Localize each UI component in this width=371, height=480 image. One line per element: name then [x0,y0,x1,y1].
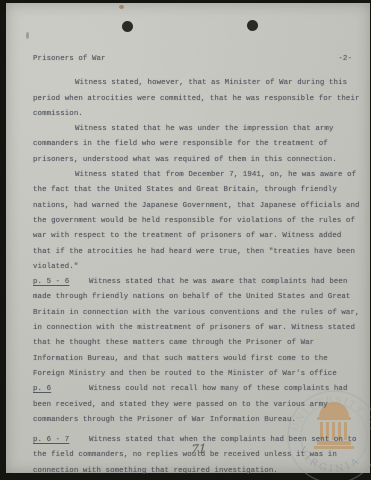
document-header: Prisoners of War -2- [33,52,360,67]
hole-punch-dot [247,20,258,31]
paragraph: Witness stated that he was under the imp… [33,122,360,168]
paragraph: p. 5 - 6Witness stated that he was aware… [33,275,360,382]
page-reference-label: p. 5 - 6 [33,275,83,290]
paragraph: p. 6Witness could not recall how many of… [33,382,360,428]
stain [119,5,124,9]
handwritten-page-number: 71 [191,441,207,456]
typewritten-text-block: Prisoners of War -2- Witness stated, how… [33,52,360,479]
hole-punch-dot [122,21,133,32]
stain [26,32,29,39]
paper-sheet: UNIVERSITY OF VIRGINIA Prisoners of War … [6,3,370,473]
scanned-document-page: UNIVERSITY OF VIRGINIA Prisoners of War … [0,0,371,480]
page-reference-label: p. 6 [33,382,83,397]
paragraph: Witness stated, however, that as Ministe… [33,76,360,122]
document-title: Prisoners of War [33,52,106,67]
paragraph-text: Witness stated that he was aware that co… [33,278,360,378]
typed-page-number: -2- [338,52,352,67]
paragraph: Witness stated that from December 7, 194… [33,168,360,275]
page-reference-label: p. 6 - 7 [33,433,83,448]
